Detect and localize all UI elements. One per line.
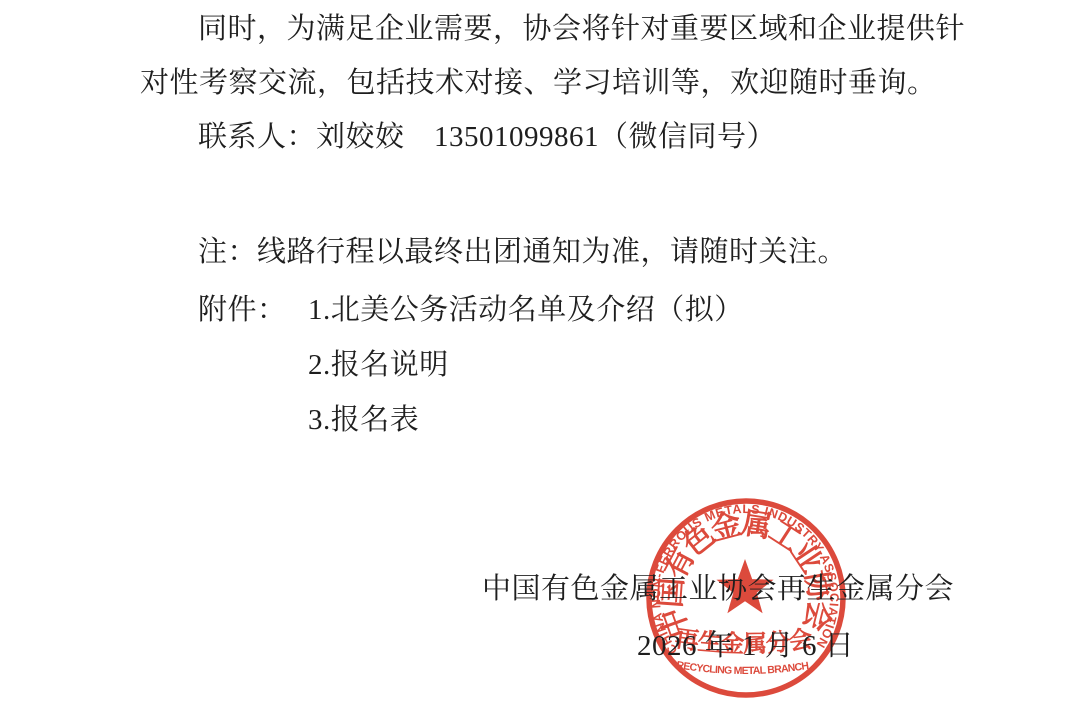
attachment-item-3: 3.报名表 xyxy=(308,403,419,438)
signature-line: 中国有色金属工业协会再生金属分会 xyxy=(482,572,954,607)
official-seal-stamp: CHINA NON-FERROUS METALS INDUSTRY ASSOCI… xyxy=(0,0,1080,724)
attachment-item-2: 2.报名说明 xyxy=(308,348,449,383)
paragraph-line-2: 对性考察交流，包括技术对接、学习培训等，欢迎随时垂询。 xyxy=(140,66,937,101)
date-line: 2026 年 1 月 6 日 xyxy=(637,629,854,664)
paragraph-line-1: 同时，为满足企业需要，协会将针对重要区域和企业提供针 xyxy=(198,12,965,47)
document-page: CHINA NON-FERROUS METALS INDUSTRY ASSOCI… xyxy=(0,0,1080,724)
contact-line: 联系人：刘姣姣 13501099861（微信同号） xyxy=(198,120,776,155)
note-line: 注：线路行程以最终出团通知为准，请随时关注。 xyxy=(198,235,847,270)
attachment-item-1: 1.北美公务活动名单及介绍（拟） xyxy=(308,293,744,328)
attachments-label: 附件： xyxy=(198,293,287,328)
